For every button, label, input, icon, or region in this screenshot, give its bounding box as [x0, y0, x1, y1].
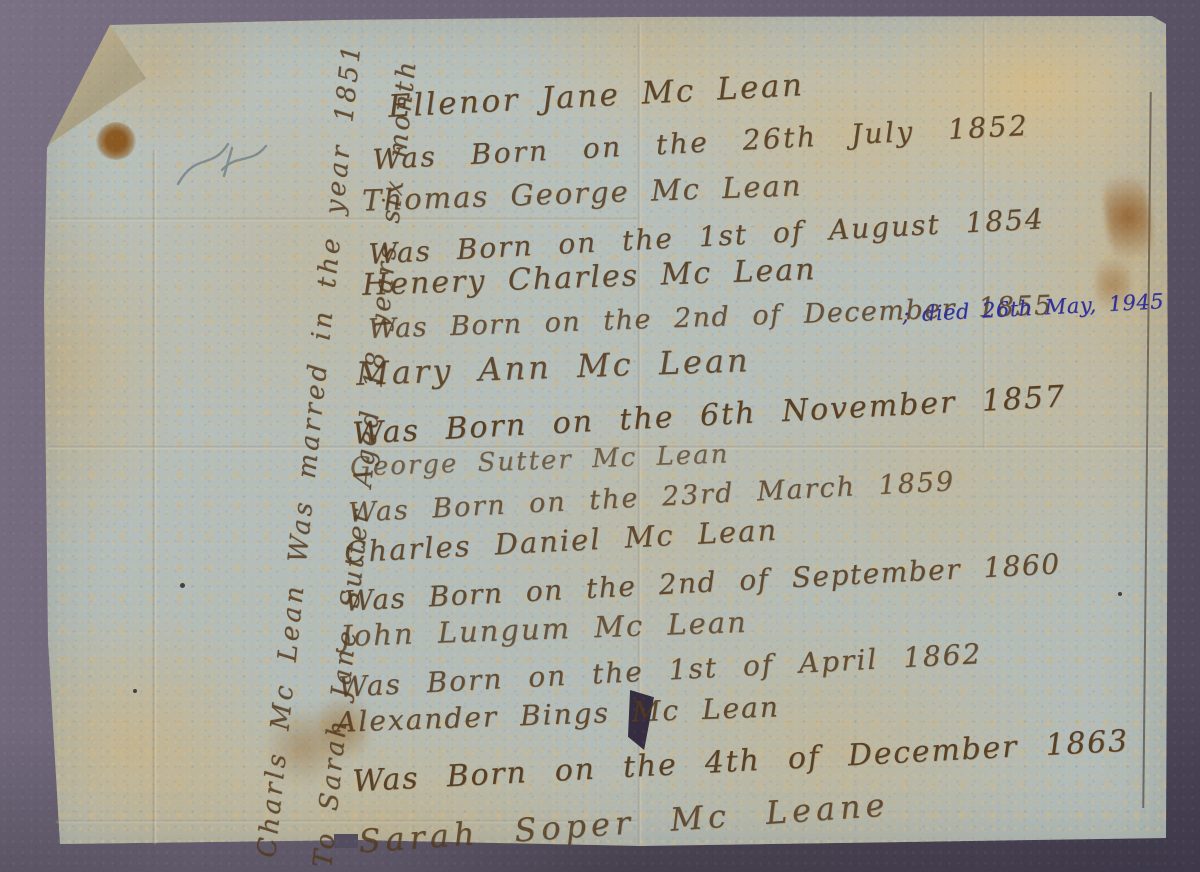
photo-stage: Ellenor Jane Mc Lean Was Born on the 26t… — [0, 0, 1200, 872]
ink-fleck — [180, 583, 185, 588]
ink-fleck — [1118, 592, 1122, 596]
fold-crease — [153, 150, 156, 844]
ink-fleck — [133, 689, 137, 693]
pencil-scribble — [172, 136, 272, 196]
